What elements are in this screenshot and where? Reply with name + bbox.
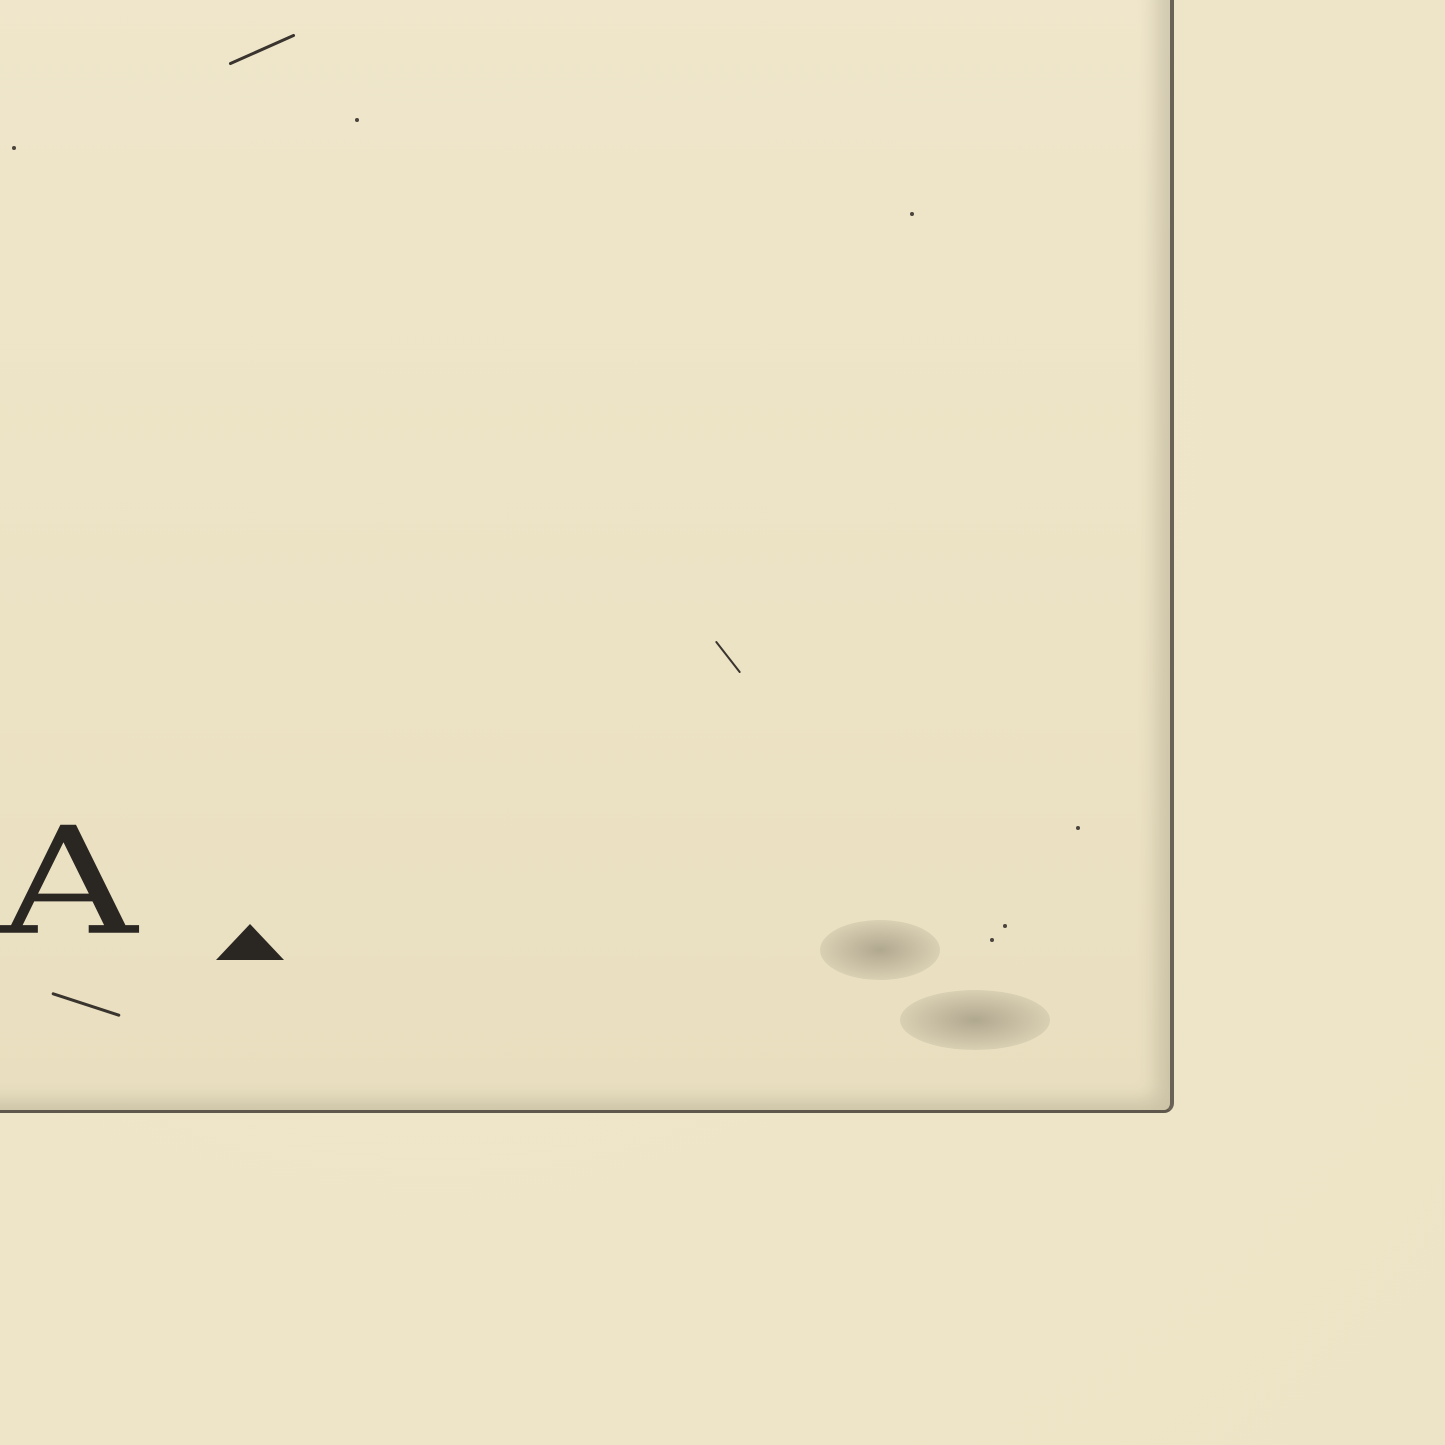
ink-smudge [900,990,1050,1050]
engraved-period [216,924,284,960]
ink-speck [355,118,359,122]
plate-mark [0,0,1174,1113]
ink-speck [1076,826,1080,830]
ink-speck [910,212,914,216]
ink-speck [12,146,16,150]
ink-smudge [820,920,940,980]
engraved-letter: A [0,808,137,956]
ink-speck [990,938,994,942]
ink-speck [1003,924,1007,928]
